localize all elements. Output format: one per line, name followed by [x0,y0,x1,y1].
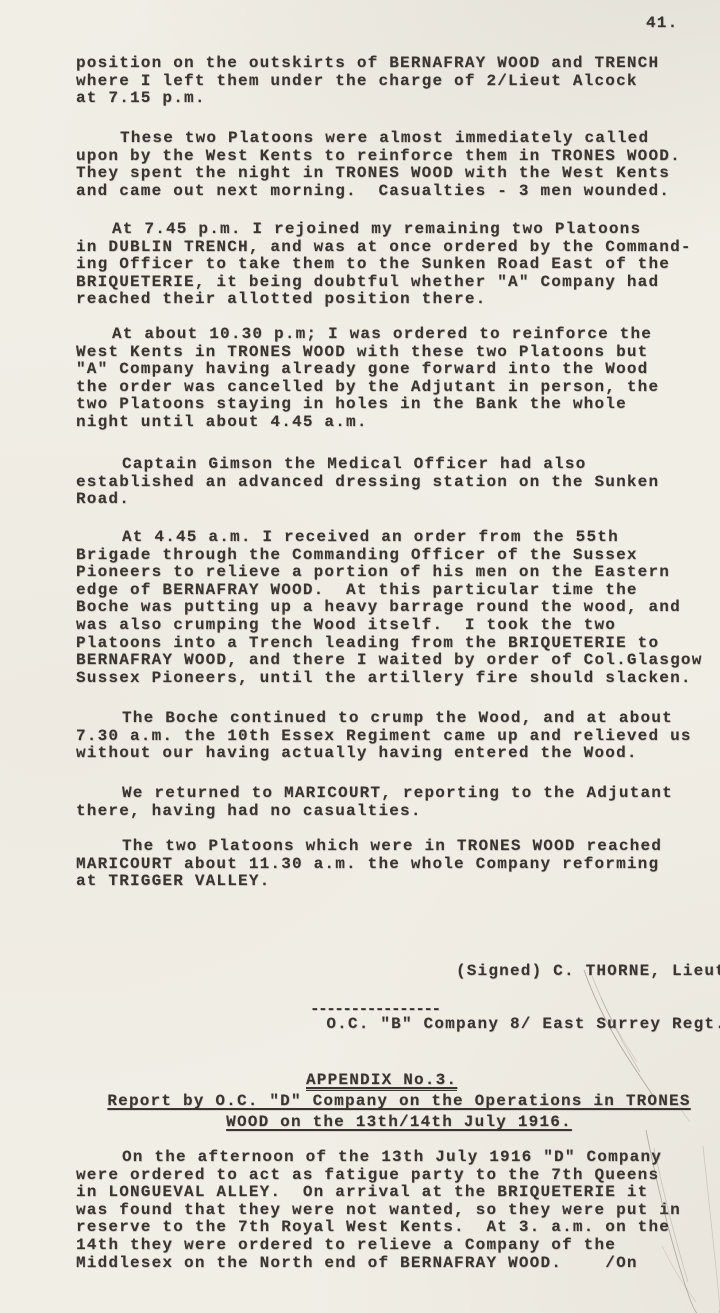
body-paragraph-7: The Boche continued to crump the Wood, a… [76,710,720,763]
document-page: 41. position on the outskirts of BERNAFR… [0,0,720,1313]
page-number: 41. [646,15,678,33]
body-paragraph-9: The two Platoons which were in TRONES WO… [76,838,720,891]
body-paragraph-3: At 7.45 p.m. I rejoined my remaining two… [76,221,720,309]
body-paragraph-8: We returned to MARICOURT, reporting to t… [76,785,720,820]
appendix-paragraph: On the afternoon of the 13th July 1916 "… [76,1149,720,1272]
appendix-heading: APPENDIX No.3. [306,1072,457,1092]
signature-block: (Signed) C. THORNE, Lieut O.C. "B" Compa… [326,928,720,1068]
appendix-report-title: Report by O.C. "D" Company on the Operat… [76,1091,720,1133]
body-paragraph-2: These two Platoons were almost immediate… [76,130,720,200]
typed-dash-separator: ---------------- [310,1001,440,1019]
body-paragraph-1: position on the outskirts of BERNAFRAY W… [76,55,720,108]
body-paragraph-6: At 4.45 a.m. I received an order from th… [76,529,720,687]
body-paragraph-5: Captain Gimson the Medical Officer had a… [76,456,720,509]
signature-line: (Signed) C. THORNE, Lieut [326,963,720,981]
body-paragraph-4: At about 10.30 p.m; I was ordered to rei… [76,326,720,432]
